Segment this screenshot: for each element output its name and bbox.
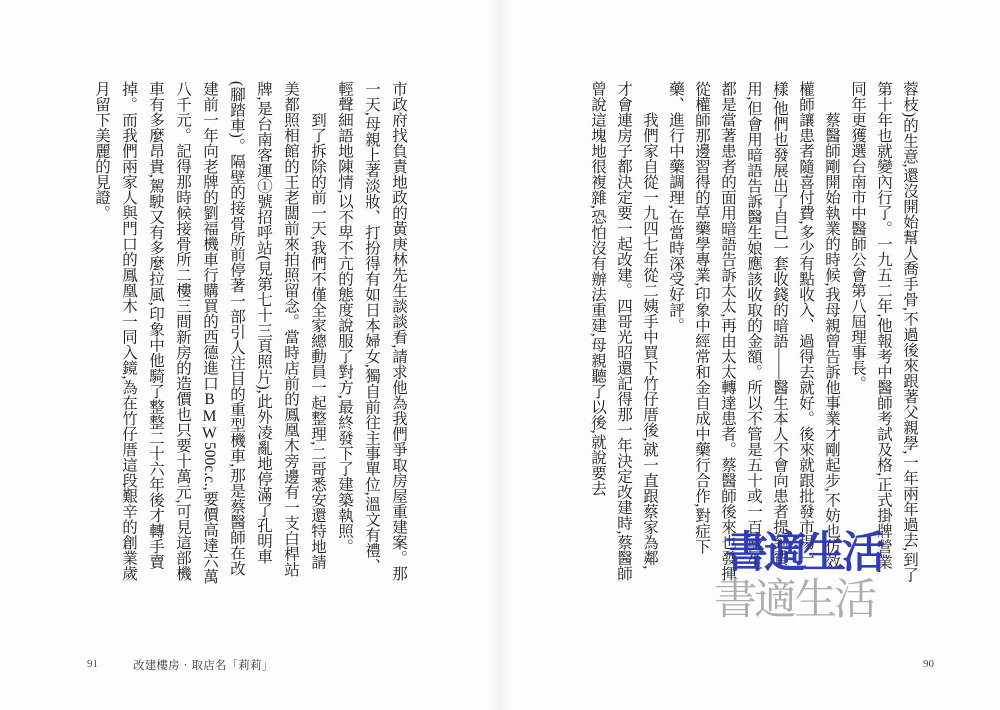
body-text-right: 蓉枝)的生意,還沒開始幫人喬手骨,不過後來跟著父親學,一年兩年過去,到了第十年也… xyxy=(584,81,922,584)
text-run: 蔡醫師剛開始執業的時候,我母親曾告訴他事業才剛起步,不妨也仿效權師讓患者隨喜付費… xyxy=(667,81,840,581)
body-text-left: 市政府找負責地政的黃庚林先生談談看,請求他為我們爭取房屋重建案。那一天,母親上著… xyxy=(62,81,412,584)
text-run: 500c.c.,要價高達六萬八千元。記得那時候接骨所二樓三間新房的造價也只要十萬… xyxy=(93,81,218,584)
paragraph: 蔡醫師剛開始執業的時候,我母親曾告訴他事業才剛起步,不妨也仿效權師讓患者隨喜付費… xyxy=(662,81,844,584)
text-run: 蓉枝)的生意,還沒開始幫人喬手骨,不過後來跟著父親學,一年兩年過去,到了第十年也… xyxy=(849,81,918,582)
text-run: 我們家自從一九四七年從二姨手中買下竹仔厝後,就一直跟蔡家為鄰,才會連房子都決定要… xyxy=(589,81,658,581)
paragraph: 到了拆除的前一天,我們不僅全家總動員一起整理,二哥悉安還特地請美都照相館的王老闆… xyxy=(88,81,331,584)
watermark-gray: 書適生活 xyxy=(714,566,874,627)
latin-upright-text: BMW xyxy=(201,391,218,442)
page-gutter xyxy=(486,0,514,710)
paragraph: 蓉枝)的生意,還沒開始幫人喬手骨,不過後來跟著父親學,一年兩年過去,到了第十年也… xyxy=(844,81,922,584)
text-run: 到了拆除的前一天,我們不僅全家總動員一起整理,二哥悉安還特地請美都照相館的王老闆… xyxy=(201,81,326,577)
book-spread: 蓉枝)的生意,還沒開始幫人喬手骨,不過後來跟著父親學,一年兩年過去,到了第十年也… xyxy=(0,0,1000,710)
paragraph: 市政府找負責地政的黃庚林先生談談看,請求他為我們爭取房屋重建案。那一天,母親上著… xyxy=(331,81,412,584)
page-number-right: 90 xyxy=(923,658,934,670)
footer-chapter-title: 改建樓房‧取店名「莉莉」 xyxy=(133,657,273,673)
text-run: 市政府找負責地政的黃庚林先生談談看,請求他為我們爭取房屋重建案。那一天,母親上著… xyxy=(336,81,407,581)
paragraph: 我們家自從一九四七年從二姨手中買下竹仔厝後,就一直跟蔡家為鄰,才會連房子都決定要… xyxy=(584,81,662,584)
page-number-left: 91 xyxy=(87,658,98,670)
